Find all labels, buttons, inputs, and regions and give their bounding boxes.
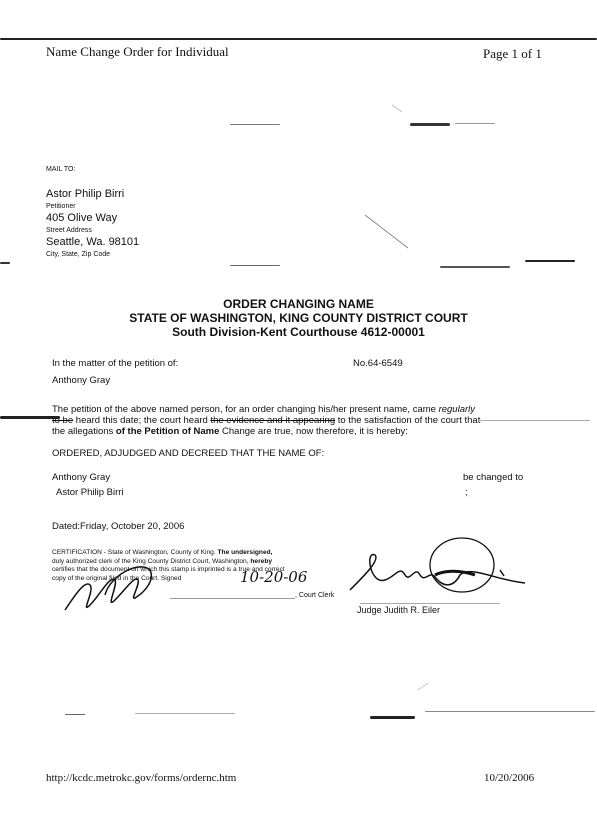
mail-to-name-caption: Petitioner [46,203,76,210]
petition-line-3: the allegations of the Petition of Name … [52,426,552,437]
mail-to-name: Astor Philip Birri [46,188,124,200]
case-number-label: No. [353,358,368,369]
petition-line-2: to be heard this date; the court heard t… [52,415,552,426]
clerk-signature [60,560,180,630]
matter-label: In the matter of the petition of: [52,358,178,369]
dated-label: Dated: [52,521,80,532]
page-number: Page 1 of 1 [483,46,542,62]
handwritten-date: 10-20-06 [240,568,307,586]
dated-line: Dated:Friday, October 20, 2006 [52,521,184,532]
footer-date: 10/20/2006 [484,772,534,784]
decree-semicolon: ; [465,487,468,498]
clerk-signature-line [170,598,295,599]
clerk-label: , Court Clerk [295,592,334,599]
mail-to-street-caption: Street Address [46,227,92,234]
courthouse-heading: South Division-Kent Courthouse 4612-0000… [0,325,597,339]
case-number-value: 64-6549 [368,358,403,369]
mail-to-street: 405 Olive Way [46,212,117,224]
decree-new-name: Astor Philip Birri [56,487,124,498]
dated-value: Friday, October 20, 2006 [80,521,184,532]
mail-to-city-caption: City, State, Zip Code [46,251,110,258]
court-heading: STATE OF WASHINGTON, KING COUNTY DISTRIC… [0,311,597,325]
decree-be-changed-to: be changed to [463,472,523,483]
mail-to-city: Seattle, Wa. 98101 [46,236,139,248]
certification-line-1: CERTIFICATION - State of Washington, Cou… [52,549,352,558]
page-header-title: Name Change Order for Individual [46,44,229,60]
judge-signature-line [360,603,500,604]
mail-to-label: MAIL TO: [46,166,75,173]
order-heading: ORDER CHANGING NAME [0,297,597,311]
matter-petitioner: Anthony Gray [52,375,110,386]
petition-paragraph: The petition of the above named person, … [52,404,552,437]
footer-url: http://kcdc.metrokc.gov/forms/ordernc.ht… [46,772,236,784]
petition-line-1: The petition of the above named person, … [52,404,552,415]
decree-old-name: Anthony Gray [52,472,110,483]
decree-label: ORDERED, ADJUDGED AND DECREED THAT THE N… [52,448,324,459]
judge-label: Judge Judith R. Eiler [357,605,440,615]
case-number: No.64-6549 [353,358,403,369]
